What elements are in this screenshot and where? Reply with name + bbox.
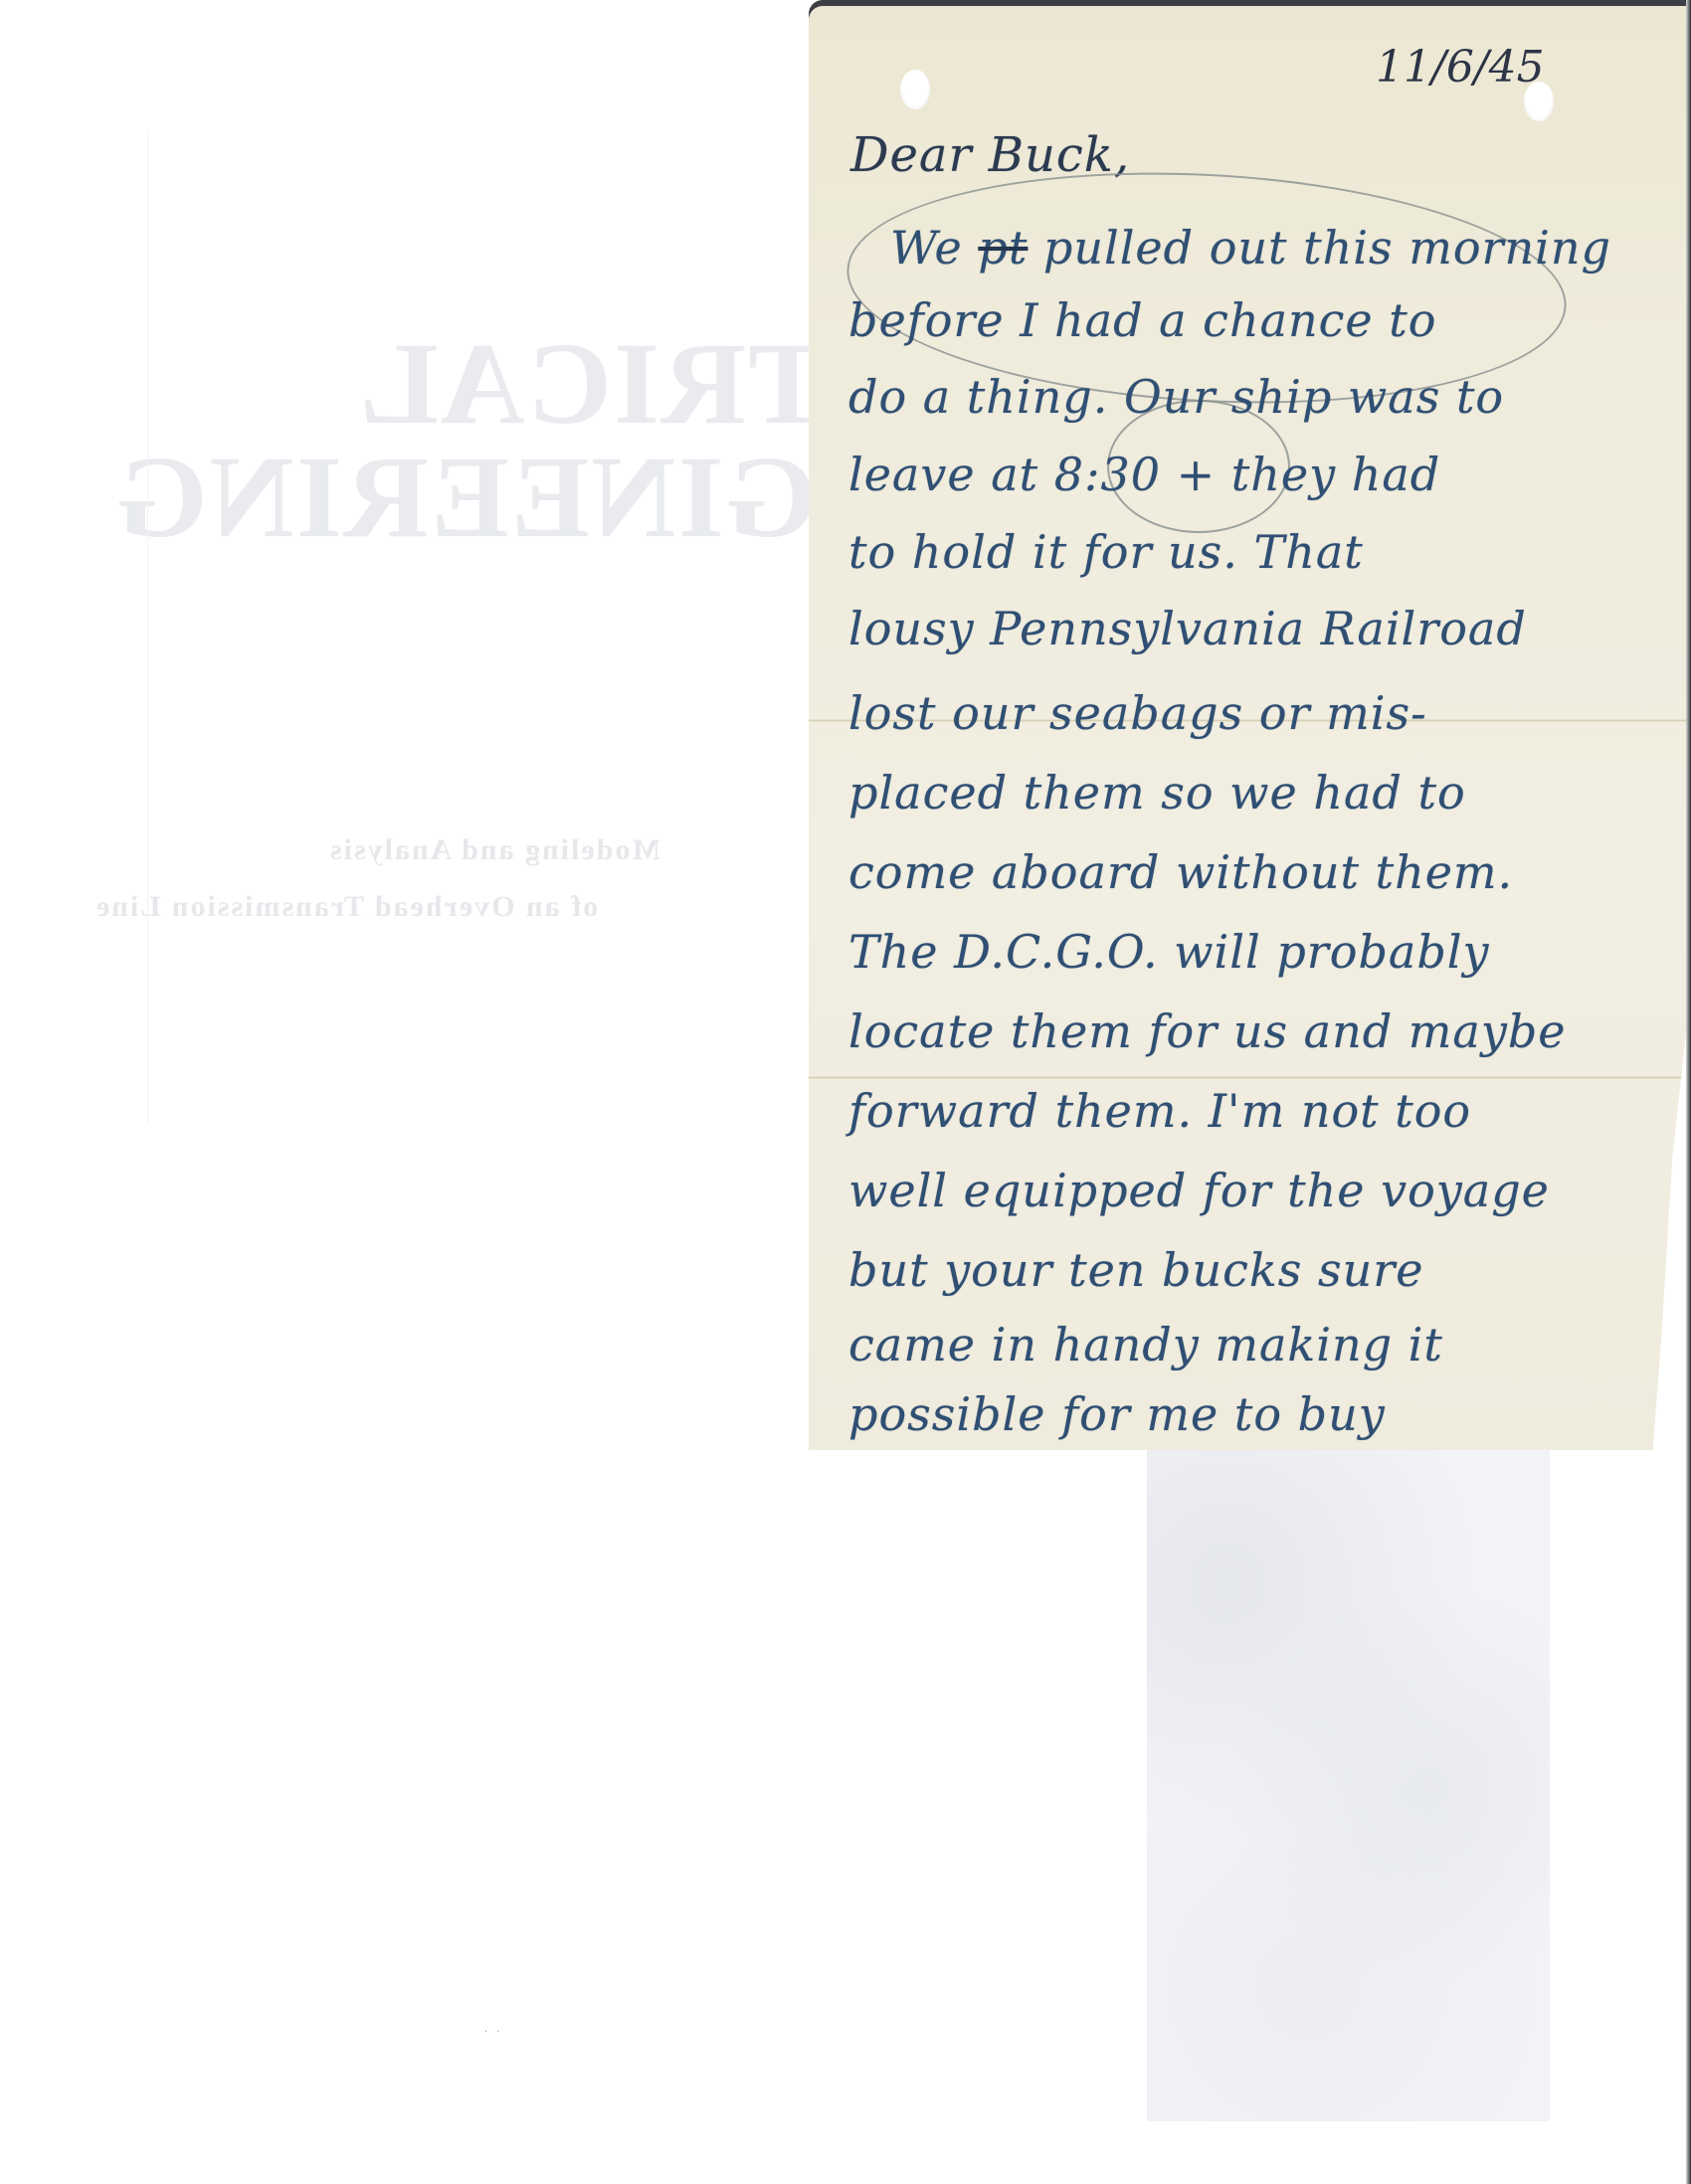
letter-line: locate them for us and maybe: [848, 1004, 1668, 1058]
letter-line: We pt pulled out this morning: [890, 221, 1668, 274]
ghost-subtitle-line-1: Modeling and Analysis: [328, 833, 660, 867]
letter-line: before I had a chance to: [848, 293, 1668, 347]
letter-paper: 11/6/45 Dear Buck, We pt pulled out this…: [809, 0, 1688, 1450]
letter-line: placed them so we had to: [848, 766, 1668, 819]
letter-line: come aboard without them.: [848, 845, 1668, 899]
letter-line: well equipped for the voyage: [848, 1164, 1668, 1217]
letter-line: to hold it for us. That: [848, 525, 1668, 579]
letter-date: 11/6/45: [1376, 42, 1545, 92]
letter-salutation: Dear Buck,: [850, 127, 1668, 183]
struck-word: pt: [978, 221, 1028, 274]
scan-shadow-patch: [1147, 1450, 1550, 2121]
letter-line: came in handy making it: [848, 1318, 1668, 1371]
letter-line: lousy Pennsylvania Railroad: [848, 602, 1668, 655]
ghost-subtitle-line-2: of an Overhead Transmission Line: [94, 890, 598, 924]
fold-crease-2: [809, 1076, 1688, 1079]
line-word: pulled out this morning: [1028, 221, 1611, 274]
punch-hole-left: [900, 70, 930, 109]
letter-line: but your ten bucks sure: [848, 1243, 1668, 1297]
letter-line: forward them. I'm not too: [848, 1084, 1668, 1138]
scanner-edge: [1686, 0, 1691, 2184]
line-word: We: [890, 221, 978, 274]
letter-line: lost our seabags or mis-: [848, 686, 1668, 740]
letter-line: leave at 8:30 + they had: [848, 448, 1668, 501]
letter-line: do a thing. Our ship was to: [848, 370, 1668, 424]
margin-specks: · ·: [484, 2027, 503, 2038]
ghost-page-edge: [147, 129, 148, 1124]
letter-line: The D.C.G.O. will probably: [848, 925, 1668, 979]
letter-line: possible for me to buy: [848, 1387, 1668, 1441]
